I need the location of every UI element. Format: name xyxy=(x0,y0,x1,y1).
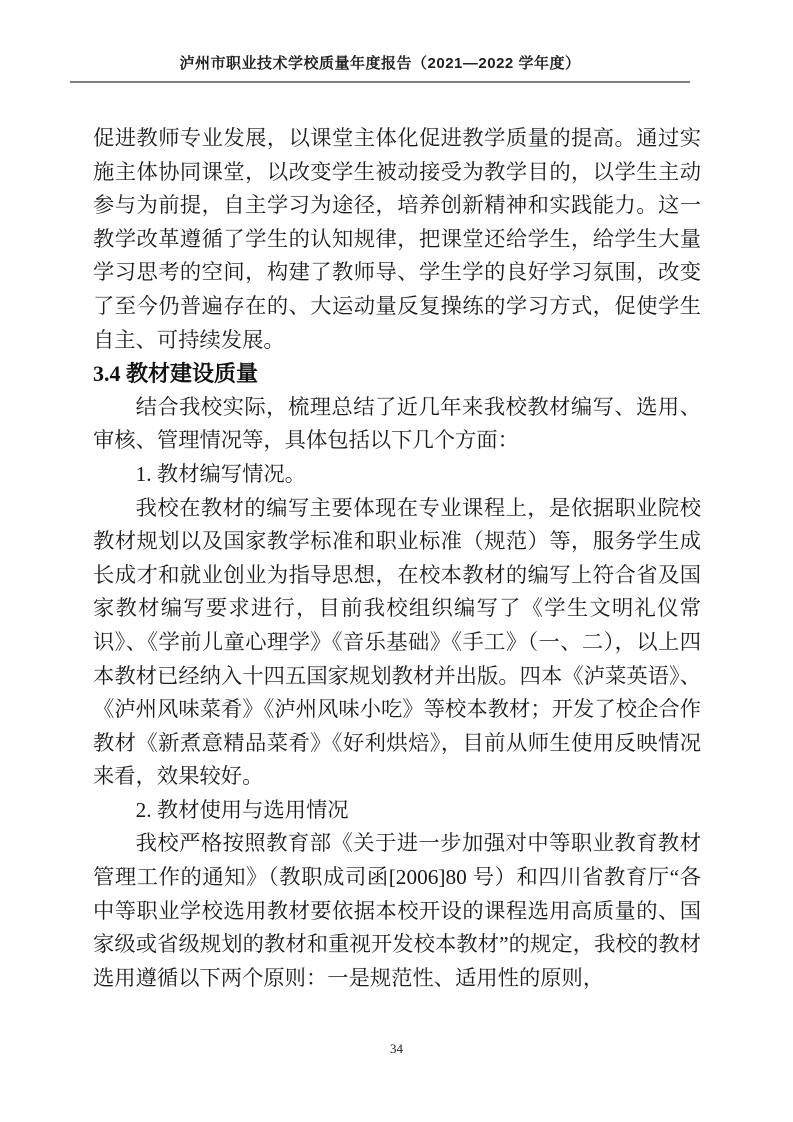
paragraph-textbook-compilation: 我校在教材的编写主要体现在专业课程上，是依据职业院校教材规划以及国家教学标准和职… xyxy=(93,492,701,794)
section-heading-3-4: 3.4 教材建设质量 xyxy=(93,357,701,391)
page-footer: 34 xyxy=(0,1040,793,1058)
list-item-1-compilation-title: 1. 教材编写情况。 xyxy=(93,458,701,492)
header-title: 泸州市职业技术学校质量年度报告（2021—2022 学年度） xyxy=(70,54,690,74)
page-header: 泸州市职业技术学校质量年度报告（2021—2022 学年度） xyxy=(70,54,690,83)
paragraph-textbook-selection: 我校严格按照教育部《关于进一步加强对中等职业教育教材管理工作的通知》（教职成司函… xyxy=(93,827,701,995)
document-body: 促进教师专业发展，以课堂主体化促进教学质量的提高。通过实施主体协同课堂，以改变学… xyxy=(93,122,701,995)
page-number: 34 xyxy=(390,1041,403,1056)
list-item-2-selection-title: 2. 教材使用与选用情况 xyxy=(93,794,701,828)
document-page: 泸州市职业技术学校质量年度报告（2021—2022 学年度） 促进教师专业发展，… xyxy=(0,0,793,1122)
paragraph-section-overview: 结合我校实际，梳理总结了近几年来我校教材编写、选用、审核、管理情况等，具体包括以… xyxy=(93,391,701,458)
paragraph-teaching-reform: 促进教师专业发展，以课堂主体化促进教学质量的提高。通过实施主体协同课堂，以改变学… xyxy=(93,122,701,357)
